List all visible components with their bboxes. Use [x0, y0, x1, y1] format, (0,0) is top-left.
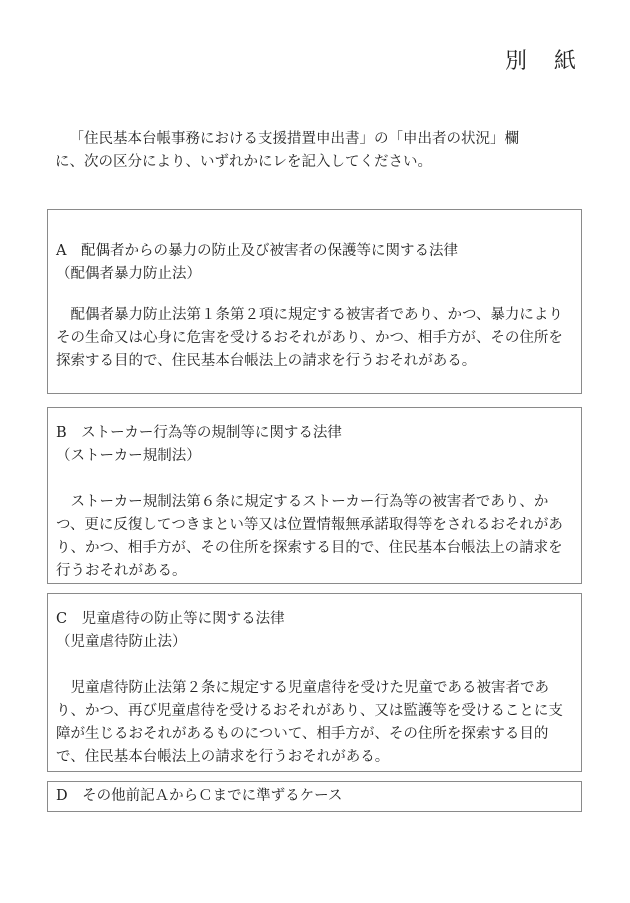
- section-a-body: 配偶者暴力防止法第１条第２項に規定する被害者であり、かつ、暴力によりその生命又は…: [56, 304, 573, 373]
- section-c-body: 児童虐待防止法第２条に規定する児童虐待を受けた児童である被害者であり、かつ、再び…: [56, 677, 573, 769]
- section-c-box: C 児童虐待の防止等に関する法律 （児童虐待防止法） 児童虐待防止法第２条に規定…: [47, 593, 582, 772]
- section-c-abbrev: （児童虐待防止法）: [56, 631, 573, 654]
- section-c-heading: C 児童虐待の防止等に関する法律: [56, 608, 573, 631]
- section-a-heading: A 配偶者からの暴力の防止及び被害者の保護等に関する法律: [56, 240, 573, 263]
- instructions-line-2: に、次の区分により、いずれかにレを記入してください。: [55, 151, 585, 174]
- section-b-heading: B ストーカー行為等の規制等に関する法律: [56, 422, 573, 445]
- section-d-box: D その他前記ＡからＣまでに準ずるケース: [47, 781, 582, 812]
- instructions: 「住民基本台帳事務における支援措置申出書」の「申出者の状況」欄 に、次の区分によ…: [55, 128, 585, 174]
- section-b-box: B ストーカー行為等の規制等に関する法律 （ストーカー規制法） ストーカー規制法…: [47, 407, 582, 584]
- section-a-abbrev: （配偶者暴力防止法）: [56, 263, 573, 286]
- section-a-box: A 配偶者からの暴力の防止及び被害者の保護等に関する法律 （配偶者暴力防止法） …: [47, 209, 582, 394]
- section-b-body: ストーカー規制法第６条に規定するストーカー行為等の被害者であり、かつ、更に反復し…: [56, 491, 573, 583]
- section-d-heading: D その他前記ＡからＣまでに準ずるケース: [56, 785, 573, 808]
- section-b-abbrev: （ストーカー規制法）: [56, 445, 573, 468]
- document-title: 別 紙: [505, 44, 586, 75]
- instructions-line-1: 「住民基本台帳事務における支援措置申出書」の「申出者の状況」欄: [55, 128, 585, 151]
